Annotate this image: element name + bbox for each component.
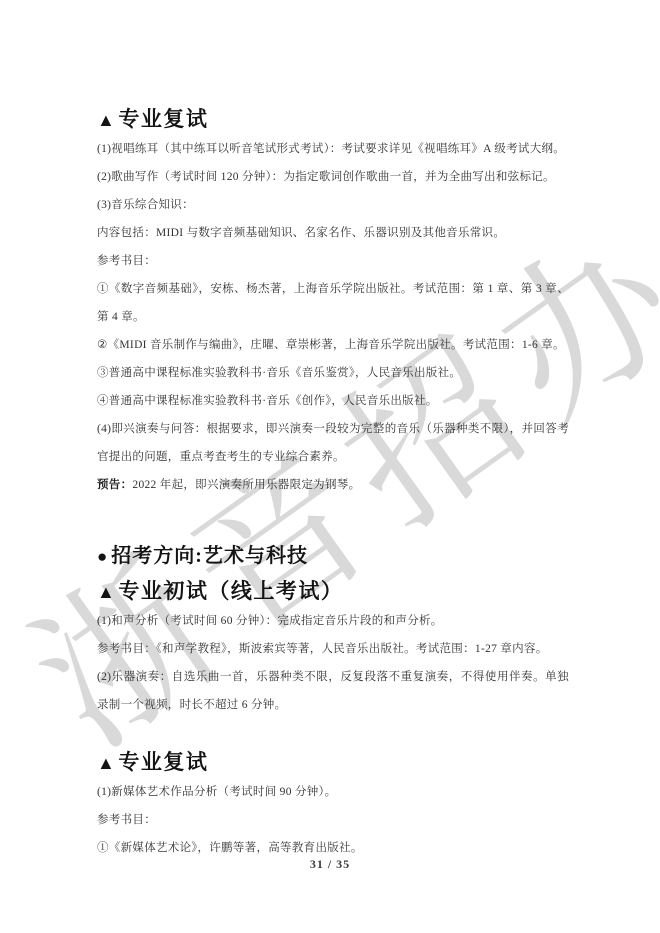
section-heading-retest-1: ▲专业复试 [97,104,569,135]
paragraph-text: 参考书目：《和声学教程》，斯波索宾等著，人民音乐出版社。考试范围：1-27 章内… [97,643,548,655]
paragraph-text: 参考书目： [97,814,156,826]
paragraph: (1)新媒体艺术作品分析（考试时间 90 分钟）。 [97,778,569,806]
page-number-total: 35 [336,857,350,871]
paragraph-text: ②《MIDI 音乐制作与编曲》，庄曜、章崇彬著，上海音乐学院出版社。考试范围：1… [97,339,565,351]
triangle-marker-icon: ▲ [97,582,116,602]
paragraph: ④普通高中课程标准实验教科书·音乐《创作》，人民音乐出版社。 [97,387,569,415]
paragraph-text: (1)视唱练耳（其中练耳以听音笔试形式考试）：考试要求详见《视唱练耳》A 级考试… [97,143,565,155]
paragraph: 参考书目： [97,247,569,275]
paragraph: 参考书目：《和声学教程》，斯波索宾等著，人民音乐出版社。考试范围：1-27 章内… [97,635,569,663]
paragraph-text: ①《数字音频基础》，安栋、杨杰著，上海音乐学院出版社。考试范围：第 1 章、第 … [97,283,569,323]
direction-heading-text: 招考方向:艺术与科技 [111,545,308,567]
paragraph-text: (1)和声分析（考试时间 60 分钟）：完成指定音乐片段的和声分析。 [97,615,443,627]
document-content: ▲专业复试 (1)视唱练耳（其中练耳以听音笔试形式考试）：考试要求详见《视唱练耳… [97,104,569,862]
paragraph-text: (2)乐器演奏：自选乐曲一首，乐器种类不限，反复段落不重复演奏，不得使用伴奏。单… [97,671,569,711]
page-number-separator: / [328,857,332,871]
paragraph: ②《MIDI 音乐制作与编曲》，庄曜、章崇彬著，上海音乐学院出版社。考试范围：1… [97,331,569,359]
section-heading-text: 专业复试 [118,107,208,131]
section-heading-first-test: ▲专业初试（线上考试） [97,576,569,607]
paragraph-text: (4)即兴演奏与问答：根据要求，即兴演奏一段较为完整的音乐（乐器种类不限），并回… [97,423,569,463]
section-heading-text: 专业初试（线上考试） [118,579,343,603]
triangle-marker-icon: ▲ [97,753,116,773]
paragraph-text: ③普通高中课程标准实验教科书·音乐《音乐鉴赏》，人民音乐出版社。 [97,367,461,379]
paragraph-text: (2)歌曲写作（考试时间 120 分钟）：为指定歌词创作歌曲一首，并为全曲写出和… [97,171,555,183]
paragraph-text: 2022 年起，即兴演奏所用乐器限定为钢琴。 [132,479,360,491]
paragraph: (3)音乐综合知识： [97,191,569,219]
paragraph-notice: 预告：2022 年起，即兴演奏所用乐器限定为钢琴。 [97,471,569,499]
paragraph-text: (3)音乐综合知识： [97,199,194,211]
triangle-marker-icon: ▲ [97,110,116,130]
paragraph: ①《数字音频基础》，安栋、杨杰著，上海音乐学院出版社。考试范围：第 1 章、第 … [97,275,569,331]
paragraph-text: ④普通高中课程标准实验教科书·音乐《创作》，人民音乐出版社。 [97,395,438,407]
paragraph-text: (1)新媒体艺术作品分析（考试时间 90 分钟）。 [97,786,336,798]
paragraph: (1)和声分析（考试时间 60 分钟）：完成指定音乐片段的和声分析。 [97,607,569,635]
paragraph: (4)即兴演奏与问答：根据要求，即兴演奏一段较为完整的音乐（乐器种类不限），并回… [97,415,569,471]
paragraph: (2)歌曲写作（考试时间 120 分钟）：为指定歌词创作歌曲一首，并为全曲写出和… [97,163,569,191]
paragraph: (1)视唱练耳（其中练耳以听音笔试形式考试）：考试要求详见《视唱练耳》A 级考试… [97,135,569,163]
paragraph: (2)乐器演奏：自选乐曲一首，乐器种类不限，反复段落不重复演奏，不得使用伴奏。单… [97,663,569,719]
paragraph-text: 内容包括：MIDI 与数字音频基础知识、名家名作、乐器识别及其他音乐常识。 [97,227,505,239]
section-heading-text: 专业复试 [118,750,208,774]
document-page: 浙音招办 ▲专业复试 (1)视唱练耳（其中练耳以听音笔试形式考试）：考试要求详见… [0,0,660,933]
notice-label: 预告： [97,479,132,491]
paragraph: ③普通高中课程标准实验教科书·音乐《音乐鉴赏》，人民音乐出版社。 [97,359,569,387]
section-heading-retest-2: ▲专业复试 [97,747,569,778]
paragraph-text: 参考书目： [97,255,156,267]
page-footer: 31/35 [0,857,660,872]
section-heading-direction: ●招考方向:艺术与科技 [97,541,569,572]
circle-marker-icon: ● [97,547,108,566]
paragraph: 内容包括：MIDI 与数字音频基础知识、名家名作、乐器识别及其他音乐常识。 [97,219,569,247]
page-number-current: 31 [310,857,324,871]
paragraph: 参考书目： [97,806,569,834]
paragraph-text: ①《新媒体艺术论》，许鹏等著，高等教育出版社。 [97,842,363,854]
